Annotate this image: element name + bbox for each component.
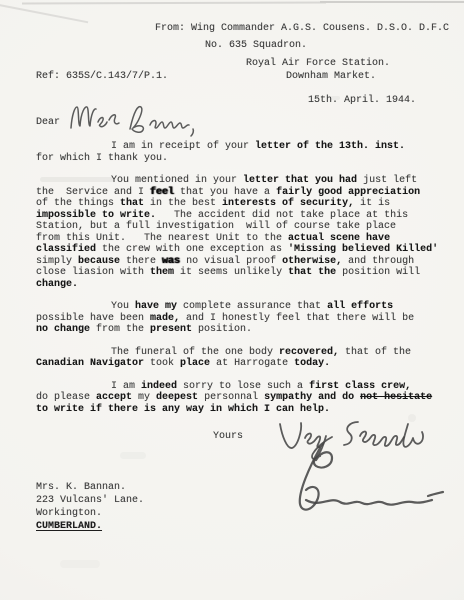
- text-segment: no change: [36, 324, 90, 335]
- letter-line: I am indeed sorry to lose such a first c…: [36, 381, 458, 393]
- handwritten-signature: [276, 444, 446, 520]
- letter-line: the Service and I feel that you have a f…: [36, 187, 458, 199]
- text-segment: recovered,: [279, 347, 339, 358]
- from-line: From: Wing Commander A.G.S. Cousens. D.S…: [155, 23, 449, 35]
- letter-line: classified the crew with one exception a…: [36, 244, 458, 256]
- text-segment: actual scene have: [288, 233, 390, 244]
- letter-line: close liasion with them it seems unlikel…: [36, 267, 458, 279]
- text-segment: from the: [90, 324, 150, 335]
- letter-scan: From: Wing Commander A.G.S. Cousens. D.S…: [0, 0, 464, 600]
- text-segment: not hesitate: [360, 392, 432, 403]
- text-segment: letter of the 13th. inst.: [255, 141, 405, 152]
- text-segment: I am: [111, 381, 141, 392]
- salutation-typed: Dear: [36, 117, 60, 129]
- letter-line: The funeral of the one body recovered, t…: [36, 347, 458, 359]
- letter-line: possible have been made, and I honestly …: [36, 313, 458, 325]
- letter-line: Canadian Navigator took place at Harroga…: [36, 358, 458, 370]
- text-segment: simply: [36, 256, 78, 267]
- text-segment: impossible to write.: [36, 210, 156, 221]
- text-segment: today.: [294, 358, 330, 369]
- text-segment: indeed: [141, 381, 177, 392]
- text-segment: have my: [135, 301, 177, 312]
- text-segment: and through: [342, 256, 414, 267]
- text-segment: made,: [150, 313, 180, 324]
- text-segment: The accident did not take place at this: [156, 210, 408, 221]
- recipient-line: 223 Vulcans' Lane.: [36, 494, 144, 507]
- text-segment: change.: [36, 279, 78, 290]
- ref-line: Ref: 635S/C.143/7/P.1.: [36, 71, 168, 83]
- date-line: 15th. April. 1944.: [308, 95, 416, 107]
- text-segment: present: [150, 324, 192, 335]
- text-segment: sorry to lose such a: [177, 381, 309, 392]
- text-segment: complete assurance that: [177, 301, 327, 312]
- text-segment: place: [180, 358, 210, 369]
- text-segment: The funeral of the one body: [111, 347, 279, 358]
- letter-paragraph: I am indeed sorry to lose such a first c…: [36, 381, 458, 416]
- letter-line: You have my complete assurance that all …: [36, 301, 458, 313]
- text-segment: I am in receipt of your: [111, 141, 255, 152]
- text-segment: them: [150, 267, 174, 278]
- letter-line: from this Unit. The nearest Unit to the …: [36, 233, 458, 245]
- text-segment: position will: [336, 267, 420, 278]
- text-segment: no visual proof: [180, 256, 282, 267]
- letter-line: Station, but a full investigation will o…: [36, 221, 458, 233]
- letter-line: impossible to write. The accident did no…: [36, 210, 458, 222]
- paper-crease-artifact: [0, 3, 88, 23]
- text-segment: from this Unit. The nearest Unit to the: [36, 233, 288, 244]
- text-segment: personnal: [198, 392, 264, 403]
- text-segment: took: [144, 358, 180, 369]
- text-segment: Station, but a full investigation will o…: [36, 221, 396, 232]
- text-segment: feel: [150, 187, 174, 198]
- letter-paragraph: The funeral of the one body recovered, t…: [36, 347, 458, 370]
- text-segment: that of the: [339, 347, 411, 358]
- text-segment: at Harrogate: [210, 358, 294, 369]
- text-segment: classified: [36, 244, 96, 255]
- text-segment: possible have been: [36, 313, 150, 324]
- text-segment: was: [162, 256, 180, 267]
- text-segment: that the: [288, 267, 336, 278]
- text-segment: of the things: [36, 198, 120, 209]
- station-line: Royal Air Force Station.: [246, 58, 390, 70]
- text-segment: the crew with one exception as: [96, 244, 288, 255]
- text-segment: letter that you had: [243, 175, 357, 186]
- text-segment: position.: [192, 324, 252, 335]
- scan-smudge: [60, 560, 100, 568]
- letter-paragraph: I am in receipt of your letter of the 13…: [36, 141, 458, 164]
- text-segment: in the best: [144, 198, 222, 209]
- location-line: Downham Market.: [286, 71, 376, 83]
- letter-line: do please accept my deepest personnal sy…: [36, 392, 458, 404]
- closing-typed: Yours: [213, 431, 243, 443]
- letter-line: for which I thank you.: [36, 153, 458, 165]
- letter-body: I am in receipt of your letter of the 13…: [36, 141, 458, 415]
- text-segment: because: [78, 256, 120, 267]
- text-segment: it is: [354, 198, 390, 209]
- text-segment: fairly good appreciation: [276, 187, 420, 198]
- text-segment: Canadian Navigator: [36, 358, 144, 369]
- text-segment: there: [120, 256, 162, 267]
- letter-line: to write if there is any way in which I …: [36, 404, 458, 416]
- letter-line: I am in receipt of your letter of the 13…: [36, 141, 458, 153]
- text-segment: 'Missing believed Killed': [288, 244, 438, 255]
- text-segment: You: [111, 301, 135, 312]
- scan-edge-artifact: [320, 1, 464, 3]
- scan-smudge: [120, 452, 146, 459]
- text-segment: just left: [357, 175, 417, 186]
- letter-line: of the things that in the best interests…: [36, 198, 458, 210]
- text-segment: my: [132, 392, 156, 403]
- letter-paragraph: You mentioned in your letter that you ha…: [36, 175, 458, 290]
- letter-line: no change from the present position.: [36, 324, 458, 336]
- text-segment: that you have a: [174, 187, 276, 198]
- text-segment: all efforts: [327, 301, 393, 312]
- text-segment: close liasion with: [36, 267, 150, 278]
- handwritten-recipient-name: [66, 100, 201, 138]
- text-segment: You mentioned in your: [111, 175, 243, 186]
- text-segment: first class crew,: [309, 381, 411, 392]
- letter-paragraph: You have my complete assurance that all …: [36, 301, 458, 336]
- text-segment: sympathy and do: [264, 392, 360, 403]
- text-segment: for which I thank you.: [36, 153, 168, 164]
- text-segment: do please: [36, 392, 96, 403]
- text-segment: the Service and I: [36, 187, 150, 198]
- text-segment: it seems unlikely: [174, 267, 288, 278]
- recipient-line: Workington.: [36, 507, 144, 520]
- squadron-line: No. 635 Squadron.: [205, 40, 307, 52]
- scan-edge-artifact: [22, 1, 326, 4]
- recipient-line: Mrs. K. Bannan.: [36, 481, 144, 494]
- recipient-line: CUMBERLAND.: [36, 520, 144, 533]
- letter-line: You mentioned in your letter that you ha…: [36, 175, 458, 187]
- text-segment: accept: [96, 392, 132, 403]
- text-segment: to write if there is any way in which I …: [36, 404, 330, 415]
- recipient-address: Mrs. K. Bannan.223 Vulcans' Lane.Working…: [36, 481, 144, 533]
- letter-line: change.: [36, 279, 458, 291]
- text-segment: deepest: [156, 392, 198, 403]
- text-segment: interests of security,: [222, 198, 354, 209]
- text-segment: otherwise,: [282, 256, 342, 267]
- letter-line: simply because there was no visual proof…: [36, 256, 458, 268]
- text-segment: that: [120, 198, 144, 209]
- text-segment: and I honestly feel that there will be: [180, 313, 414, 324]
